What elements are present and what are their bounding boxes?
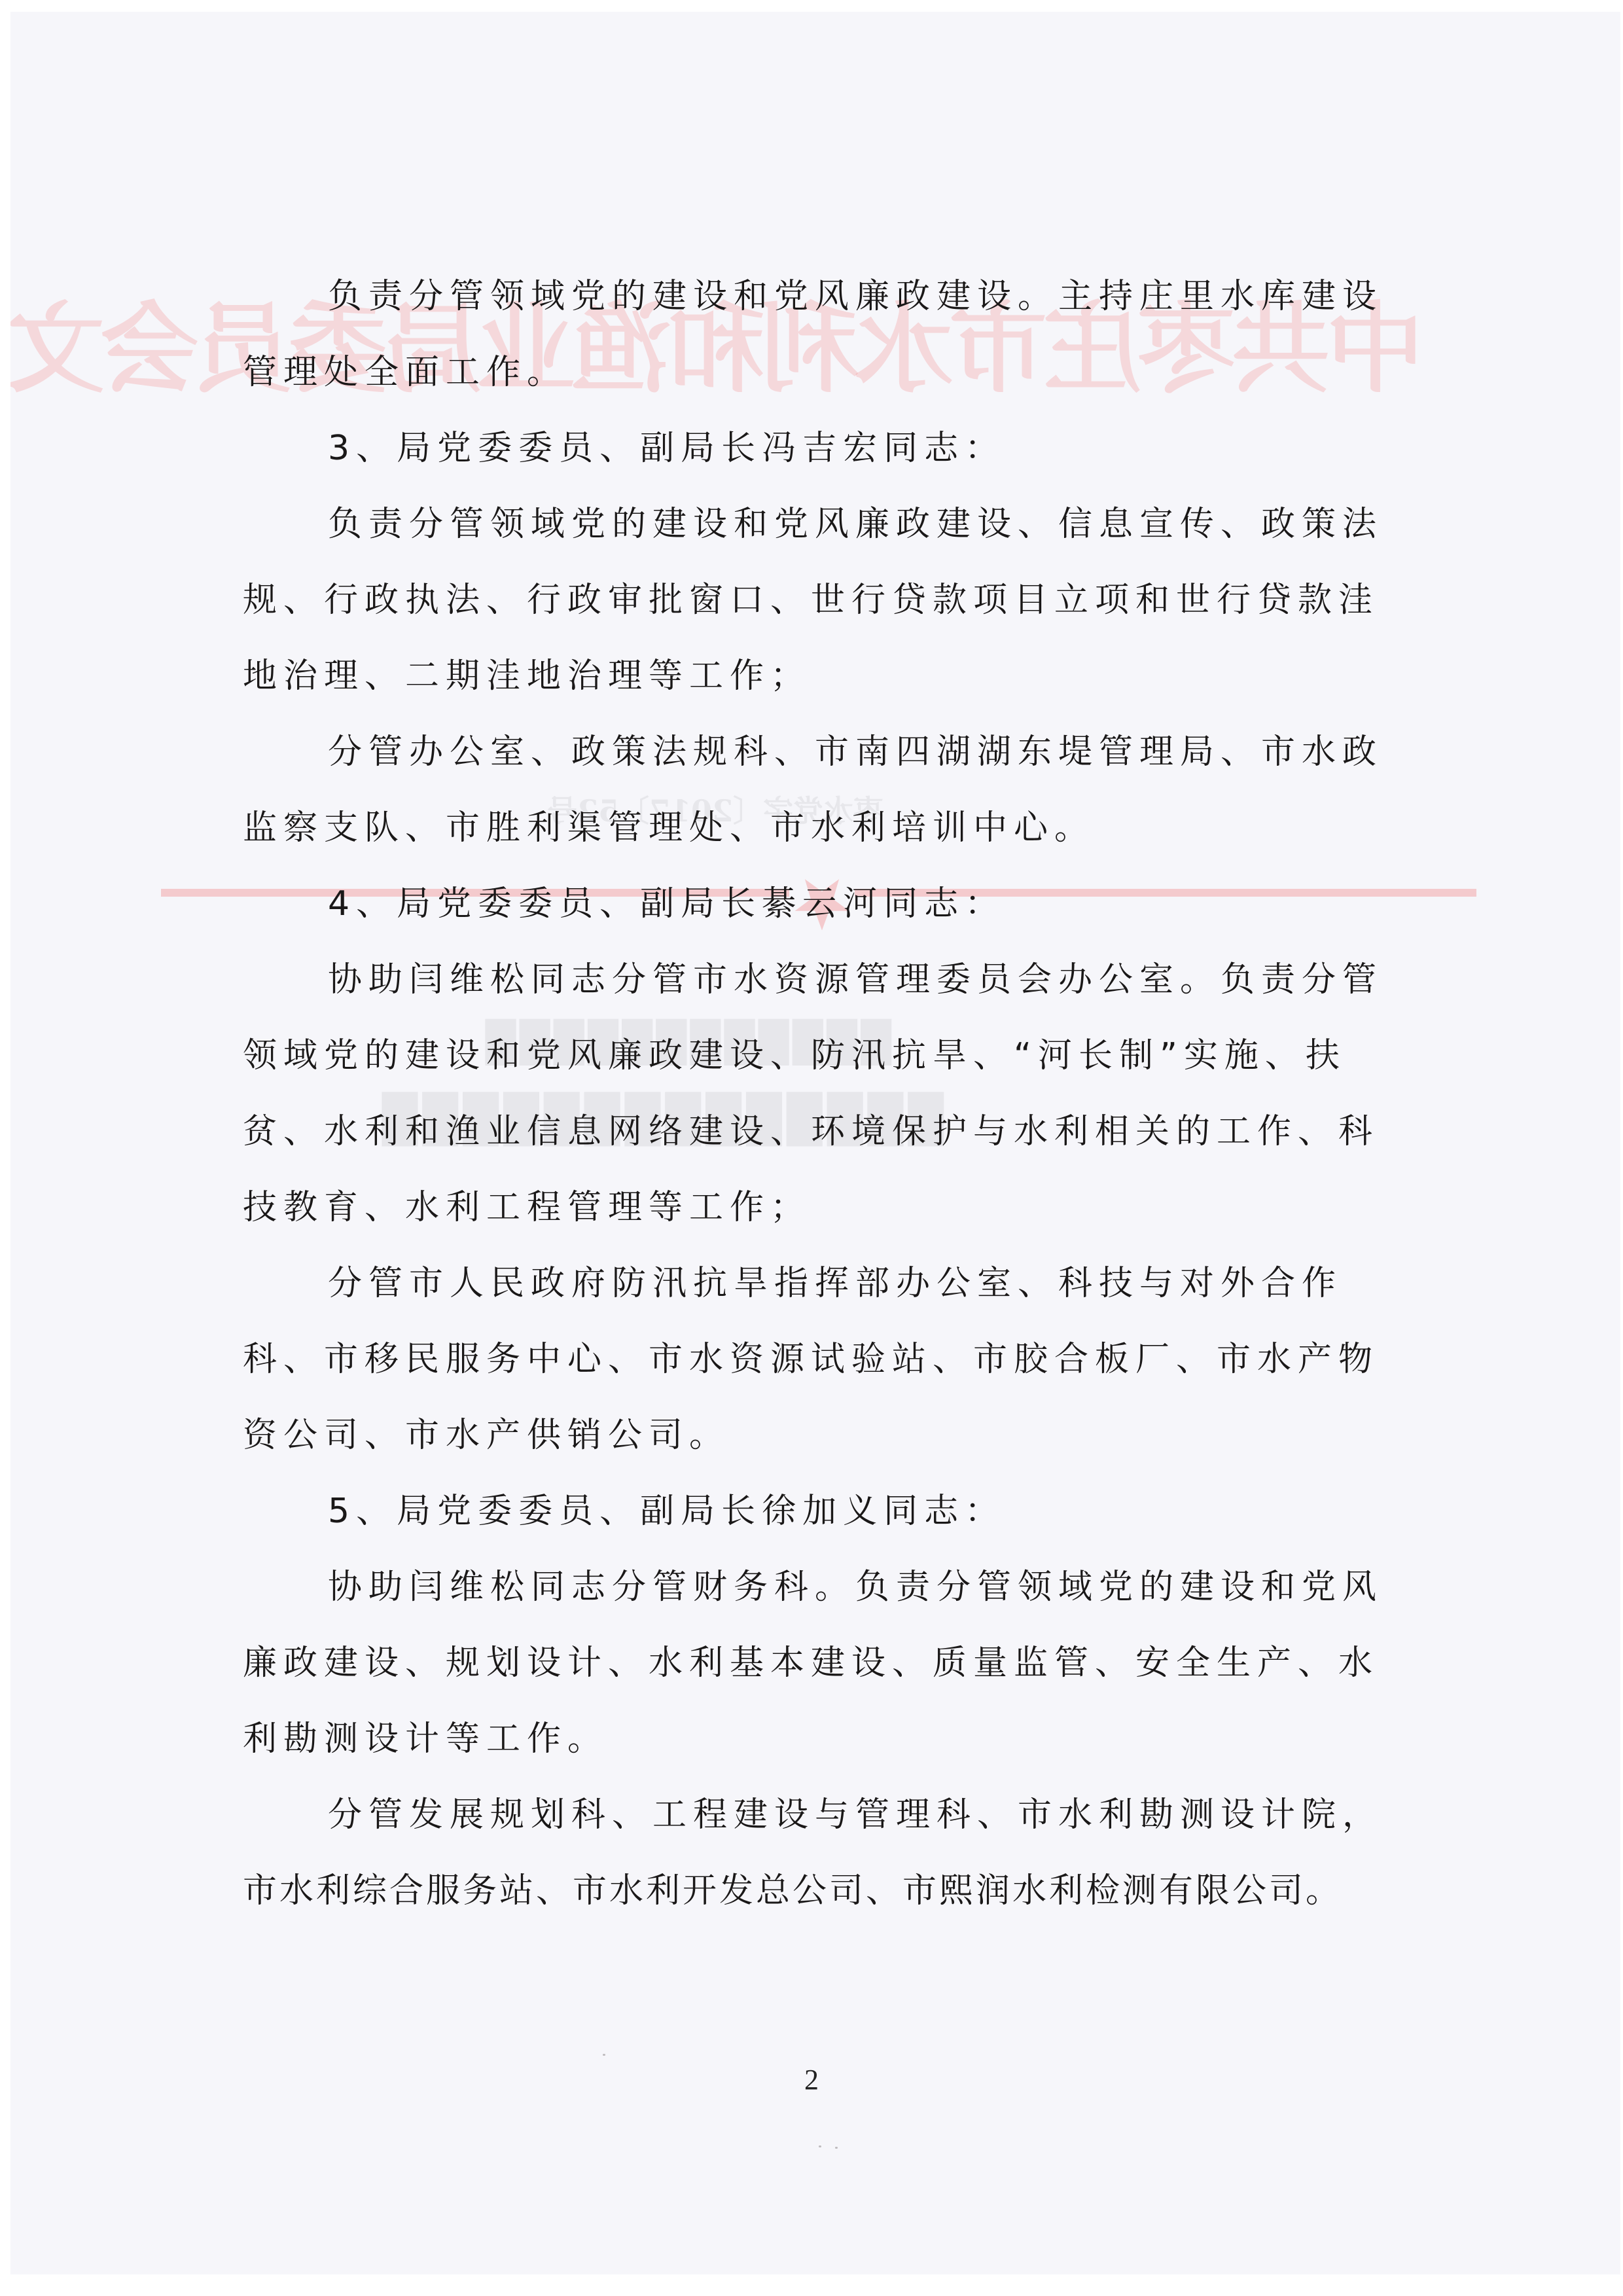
- scan-speck: [603, 2054, 605, 2056]
- body-line: 领域党的建设和党风廉政建设、防汛抗旱、“河长制”实施、扶: [243, 1018, 1395, 1094]
- body-line: 分管办公室、政策法规科、市南四湖湖东堤管理局、市水政: [243, 714, 1395, 790]
- body-line: 技教育、水利工程管理等工作；: [243, 1170, 1395, 1246]
- document-body: 负责分管领域党的建设和党风廉政建设。主持庄里水库建设 管理处全面工作。 3、局党…: [243, 259, 1395, 1929]
- body-line: 负责分管领域党的建设和党风廉政建设。主持庄里水库建设: [243, 259, 1395, 334]
- body-line: 地治理、二期洼地治理等工作；: [243, 638, 1395, 714]
- body-line: 利勘测设计等工作。: [243, 1701, 1395, 1777]
- body-line: 协助闫维松同志分管市水资源管理委员会办公室。负责分管: [243, 942, 1395, 1018]
- section-heading-4: 4、局党委委员、副局长綦云河同志：: [243, 866, 1395, 942]
- body-line: 协助闫维松同志分管财务科。负责分管领域党的建设和党风: [243, 1549, 1395, 1625]
- scan-speck: [835, 2147, 838, 2149]
- body-line: 贫、水利和渔业信息网络建设、环境保护与水利相关的工作、科: [243, 1094, 1395, 1170]
- body-line: 规、行政执法、行政审批窗口、世行贷款项目立项和世行贷款洼: [243, 562, 1395, 638]
- page-number: 2: [0, 2063, 1623, 2096]
- section-heading-3: 3、局党委委员、副局长冯吉宏同志：: [243, 410, 1395, 486]
- body-line: 分管市人民政府防汛抗旱指挥部办公室、科技与对外合作: [243, 1246, 1395, 1321]
- scan-speck: [819, 2145, 821, 2147]
- body-line: 管理处全面工作。: [243, 334, 1395, 410]
- body-line: 负责分管领域党的建设和党风廉政建设、信息宣传、政策法: [243, 486, 1395, 562]
- body-line: 市水利综合服务站、市水利开发总公司、市熙润水利检测有限公司。: [243, 1853, 1395, 1929]
- section-heading-5: 5、局党委委员、副局长徐加义同志：: [243, 1473, 1395, 1549]
- body-line: 分管发展规划科、工程建设与管理科、市水利勘测设计院，: [243, 1777, 1395, 1853]
- body-line: 科、市移民服务中心、市水资源试验站、市胶合板厂、市水产物: [243, 1321, 1395, 1397]
- body-line: 监察支队、市胜利渠管理处、市水利培训中心。: [243, 790, 1395, 866]
- body-line: 资公司、市水产供销公司。: [243, 1397, 1395, 1473]
- body-line: 廉政建设、规划设计、水利基本建设、质量监管、安全生产、水: [243, 1625, 1395, 1701]
